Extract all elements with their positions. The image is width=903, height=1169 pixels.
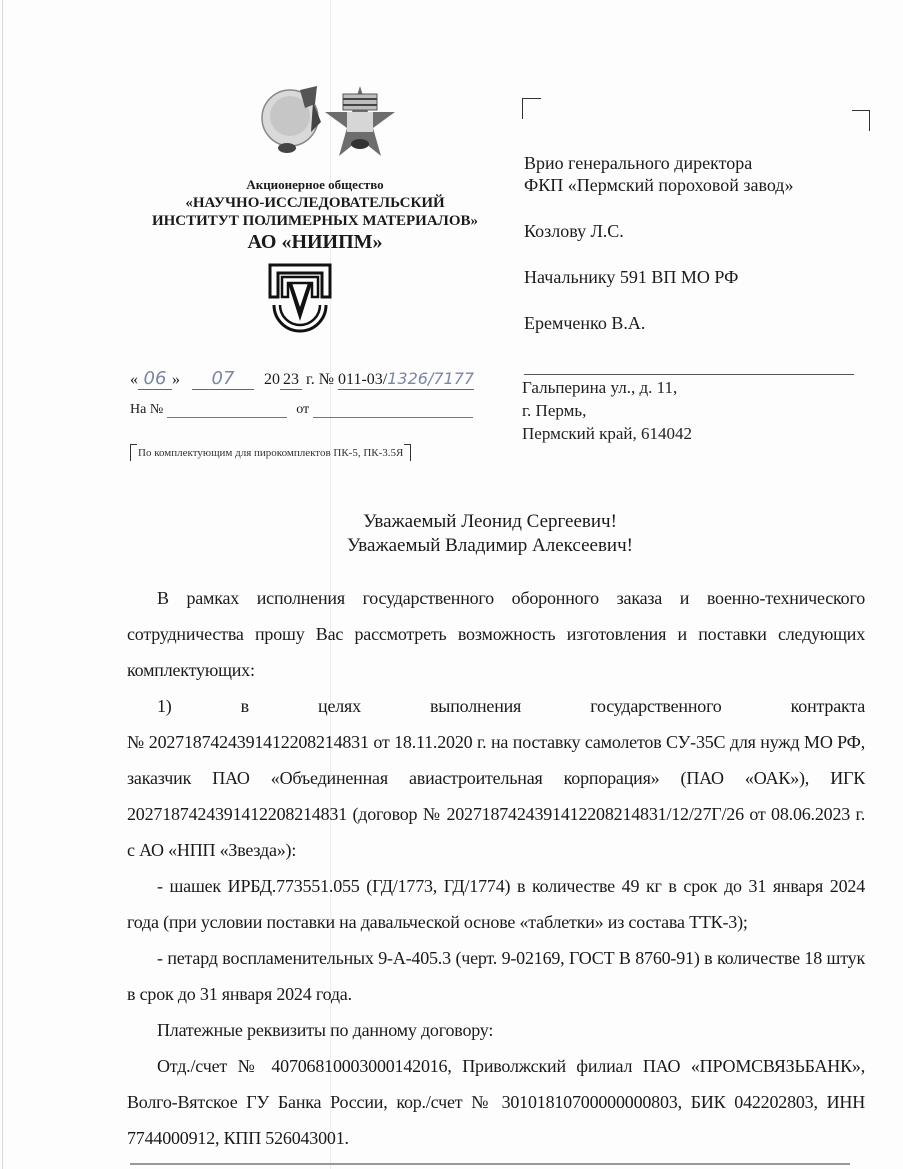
recipient-position: Врио генерального директора [524, 152, 894, 174]
item1-lead: 1) в целях выполнения государственного к… [127, 688, 865, 724]
address-divider [524, 374, 854, 375]
outgoing-number-line: «06» 07 2023 г. № 011-03/1326/7177 [130, 368, 530, 390]
recipient-name-2: Еремченко В.А. [524, 312, 894, 334]
salutation: Уважаемый Леонид Сергеевич! Уважаемый Вл… [100, 510, 880, 558]
address-corner-top-left [522, 98, 541, 119]
year-unit: г. [306, 371, 315, 388]
org-name-line2: ИНСТИТУТ ПОЛИМЕРНЫХ МАТЕРИАЛОВ» [120, 212, 510, 230]
outgoing-number-handwritten: 1326/7177 [387, 369, 474, 388]
year-prefix: 20 [264, 371, 280, 388]
order-of-lenin-icon [262, 86, 321, 153]
letter-body: В рамках исполнения государственного обо… [127, 580, 865, 1156]
reply-reference-line: На № от [130, 402, 473, 418]
recipient-position-2: Начальнику 591 ВП МО РФ [524, 266, 894, 288]
address-region: Пермский край, 614042 [522, 422, 882, 445]
address-city: г. Пермь, [522, 399, 882, 422]
payment-heading: Платежные реквизиты по данному договору: [127, 1012, 865, 1048]
reply-number-blank [167, 417, 287, 418]
address-corner-top-right [852, 110, 870, 131]
bullet-1: - шашек ИРБД.773551.055 (ГД/1773, ГД/177… [127, 868, 865, 940]
outgoing-number: 011-03/1326/7177 [338, 369, 474, 390]
order-of-october-revolution-icon [325, 86, 395, 156]
quote-open: « [130, 371, 138, 388]
recipient-address: Гальперина ул., д. 11, г. Пермь, Пермски… [522, 376, 882, 445]
handwritten-day: 06 [138, 368, 172, 390]
scan-edge [2, 0, 3, 1169]
salutation-line-1: Уважаемый Леонид Сергеевич! [100, 510, 880, 534]
payment-details: Отд./счет № 40706810003000142016, Привол… [127, 1048, 865, 1156]
subject-line: По комплектующим для пирокомплектов ПК-5… [130, 444, 411, 462]
recipient-organization: ФКП «Пермский пороховой завод» [524, 174, 894, 196]
org-short-name: АО «НИИПМ» [120, 233, 510, 251]
quote-close: » [172, 371, 180, 388]
letter-page: Акционерное общество «НАУЧНО-ИССЛЕДОВАТЕ… [0, 0, 903, 1169]
recipient-block: Врио генерального директора ФКП «Пермски… [524, 152, 894, 334]
org-type: Акционерное общество [120, 176, 510, 194]
reply-number-label: На № [130, 402, 163, 417]
niipm-logo-icon [268, 263, 332, 339]
number-sign: № [319, 371, 334, 388]
address-street: Гальперина ул., д. 11, [522, 376, 882, 399]
year-suffix: 23 [280, 371, 302, 390]
organization-name: Акционерное общество «НАУЧНО-ИССЛЕДОВАТЕ… [120, 176, 510, 251]
body-intro: В рамках исполнения государственного обо… [127, 580, 865, 688]
reply-date-blank [313, 417, 473, 418]
item1-text: № 2027187424391412208214831 от 18.11.202… [127, 724, 865, 868]
org-name-line1: «НАУЧНО-ИССЛЕДОВАТЕЛЬСКИЙ [120, 194, 510, 212]
salutation-line-2: Уважаемый Владимир Алексеевич! [100, 534, 880, 558]
orders-emblem-icon [255, 82, 395, 162]
page-bottom-rule [130, 1163, 850, 1165]
handwritten-month: 07 [192, 368, 254, 390]
reply-from-label: от [296, 402, 309, 417]
recipient-name-1: Козлову Л.С. [524, 220, 894, 242]
outgoing-number-printed: 011-03/ [338, 371, 387, 388]
bullet-2: - петард воспламенительных 9-А-405.3 (че… [127, 940, 865, 1012]
